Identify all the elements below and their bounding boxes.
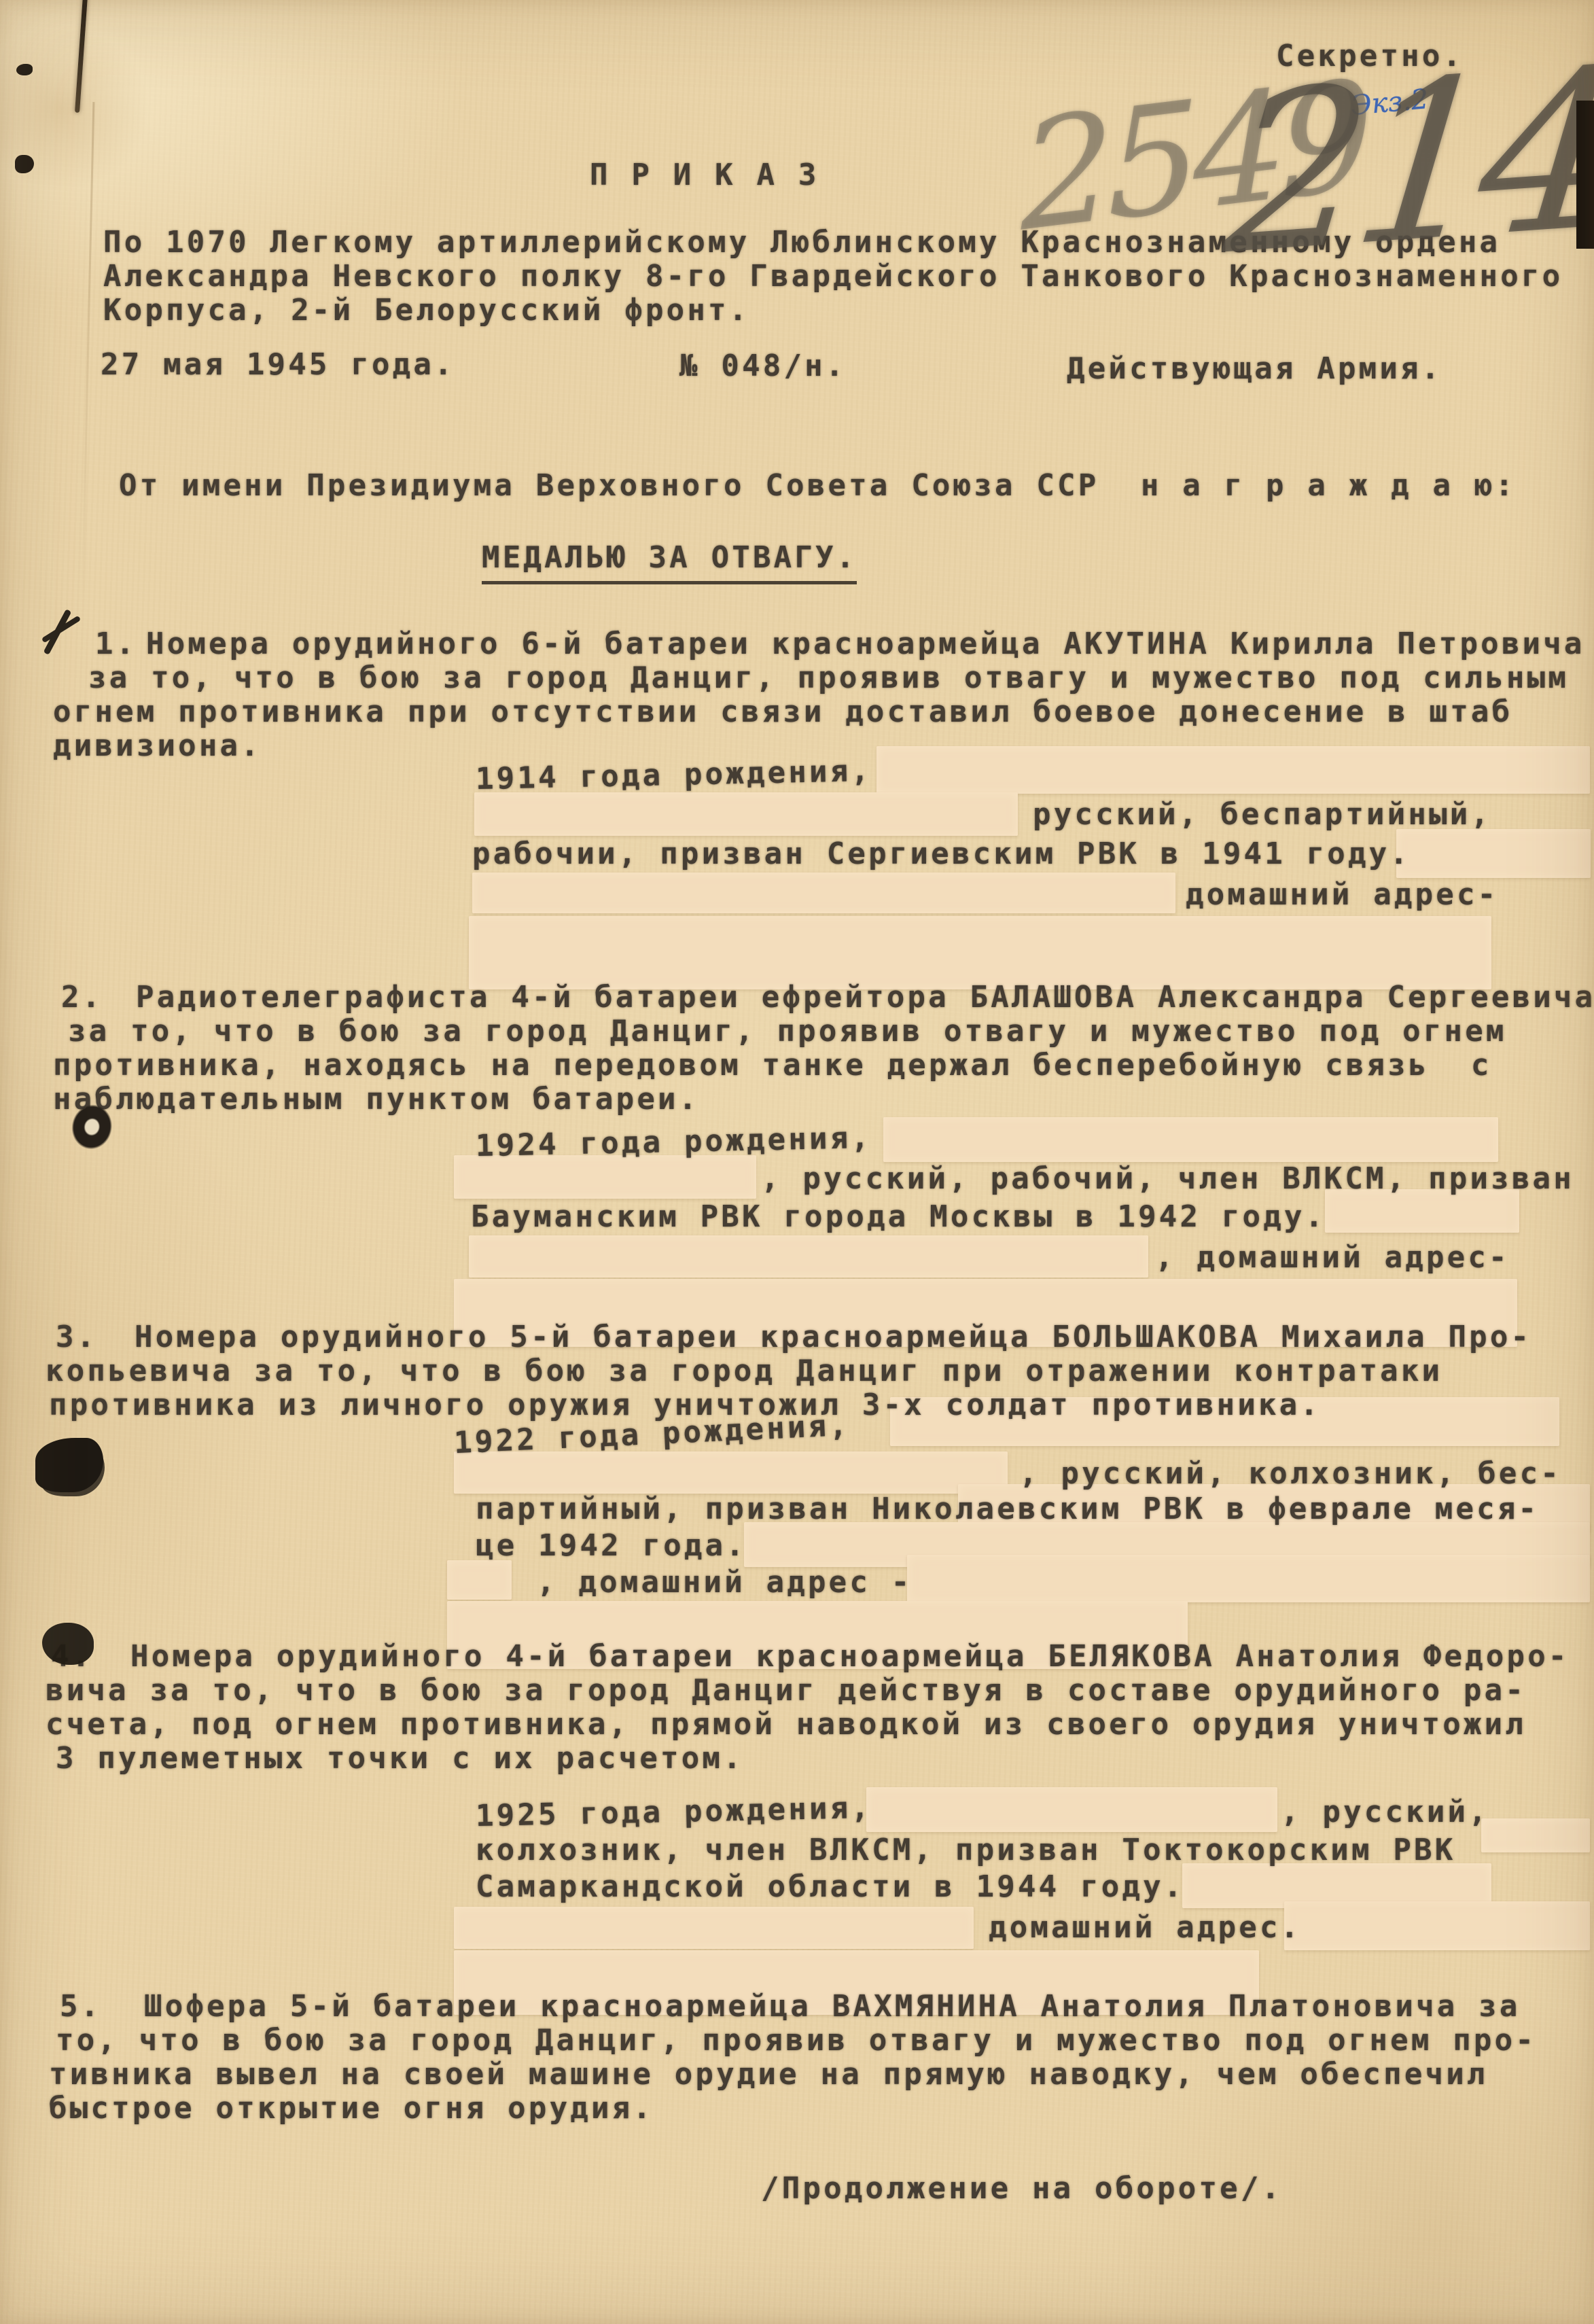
entry-citation-line: огнем противника при отсутствии связи до… (53, 695, 1512, 729)
entry-citation-line: 3 пулеметных точки с их расчетом. (56, 1742, 744, 1776)
entry-citation-line: быстрое открытие огня орудия. (49, 2092, 654, 2126)
redaction-strip (1396, 829, 1591, 878)
entry-detail-line: Самаркандской области в 1944 году. (476, 1870, 1184, 1904)
scan-edge-shadow (1576, 101, 1594, 249)
entry-detail-line: , русский, рабочий, член ВЛКСМ, призван (761, 1162, 1574, 1196)
redaction-strip (472, 873, 1175, 913)
entry-citation-line: Номера орудийного 5-й батареи красноарме… (135, 1320, 1531, 1354)
header-line: Корпуса, 2-й Белорусский фронт. (103, 294, 749, 328)
entry-detail-line: це 1942 года. (476, 1529, 747, 1563)
entry-detail-line: , домашний адрес - (537, 1566, 912, 1600)
entry-citation-line: за то, что в бою за город Данциг, прояви… (88, 661, 1569, 695)
entry-detail-line: , домашний адрес- (1155, 1241, 1510, 1275)
redaction-strip (1481, 1818, 1590, 1852)
entry-detail-line: 1924 года рождения, (476, 1121, 872, 1163)
redaction-strip (866, 1787, 1277, 1832)
entry-citation-line: за то, что в бою за город Данциг, прояви… (68, 1015, 1507, 1049)
entry-detail-line: колхозник, член ВЛКСМ, призван Токтокорс… (476, 1833, 1455, 1867)
entry-number: 2. (61, 981, 103, 1015)
entry-number: 5. (60, 1990, 101, 2024)
redaction-strip (454, 1907, 974, 1949)
entry-number: 3. (56, 1320, 97, 1354)
redaction-strip (469, 1235, 1148, 1278)
order-date: 27 мая 1945 года. (101, 348, 455, 382)
redaction-strip (1284, 1901, 1590, 1950)
redaction-strip (454, 1451, 1008, 1494)
entry-number: 1. (95, 627, 137, 661)
entry-citation-line: копьевича за то, что в бою за город Данц… (46, 1354, 1442, 1388)
entry-detail-line: 1925 года рождения, (476, 1791, 872, 1833)
entry-citation-line: Шофера 5-й батареи красноармейца ВАХМЯНИ… (144, 1990, 1521, 2024)
redaction-strip (907, 1555, 1590, 1602)
ink-speck (16, 64, 33, 75)
entry-detail-line: домашний адрес- (1186, 878, 1498, 912)
order-title: П Р И К А З (590, 158, 819, 192)
pencil-page-number: 214 (1220, 54, 1594, 272)
ink-blot (35, 1438, 103, 1492)
army-label: Действующая Армия. (1067, 352, 1442, 386)
award-heading: МЕДАЛЬЮ ЗА ОТВАГУ. (482, 541, 857, 584)
punch-hole (54, 1093, 122, 1162)
entry-detail-line: русский, беспартийный, (1033, 798, 1491, 832)
entry-detail-line: , русский, колхозник, бес- (1019, 1457, 1561, 1491)
entry-detail-line: рабочии, призван Сергиевским РВК в 1941 … (472, 837, 1411, 871)
ink-blot (42, 1623, 94, 1665)
redaction-strip (474, 792, 1018, 836)
entry-detail-line: партийный, призван Николаевским РВК в фе… (476, 1492, 1539, 1526)
entry-detail-line: 1914 года рождения, (476, 754, 872, 796)
entry-citation-line: Номера орудийного 4-й батареи красноарме… (130, 1640, 1570, 1674)
redaction-strip (447, 1560, 512, 1600)
preamble: От имени Президиума Верховного Совета Со… (119, 469, 1516, 503)
redaction-strip (469, 916, 1491, 989)
order-number: № 048/н. (679, 349, 847, 383)
entry-detail-line: Бауманским РВК города Москвы в 1942 году… (471, 1200, 1326, 1234)
entry-citation-line: счета, под огнем противника, прямой наво… (46, 1708, 1526, 1742)
redaction-strip (876, 746, 1590, 794)
entry-citation-line: противника, находясь на передовом танке … (53, 1049, 1492, 1082)
entry-citation-line: вича за то, что в бою за город Данциг де… (46, 1674, 1526, 1708)
entry-citation-line: дивизиона. (53, 729, 262, 763)
continuation-note: /Продолжение на обороте/. (761, 2172, 1282, 2206)
scanned-order-page: Секретно. Экз.2 2549 214 П Р И К А З По … (0, 0, 1594, 2324)
entry-citation-line: то, что в бою за город Данциг, проявив о… (56, 2024, 1536, 2058)
entry-detail-line: домашний адрес. (989, 1911, 1301, 1945)
entry-citation-line: наблюдательным пунктом батареи. (53, 1082, 699, 1116)
entry-detail-line: , русский, (1281, 1795, 1489, 1829)
entry-citation-line: Радиотелеграфиста 4-й батареи ефрейтора … (136, 981, 1594, 1015)
entry-citation-line: Номера орудийного 6-й батареи красноарме… (146, 627, 1585, 661)
entry-citation-line: тивника вывел на своей машине орудие на … (49, 2058, 1488, 2092)
redaction-strip (883, 1117, 1498, 1162)
